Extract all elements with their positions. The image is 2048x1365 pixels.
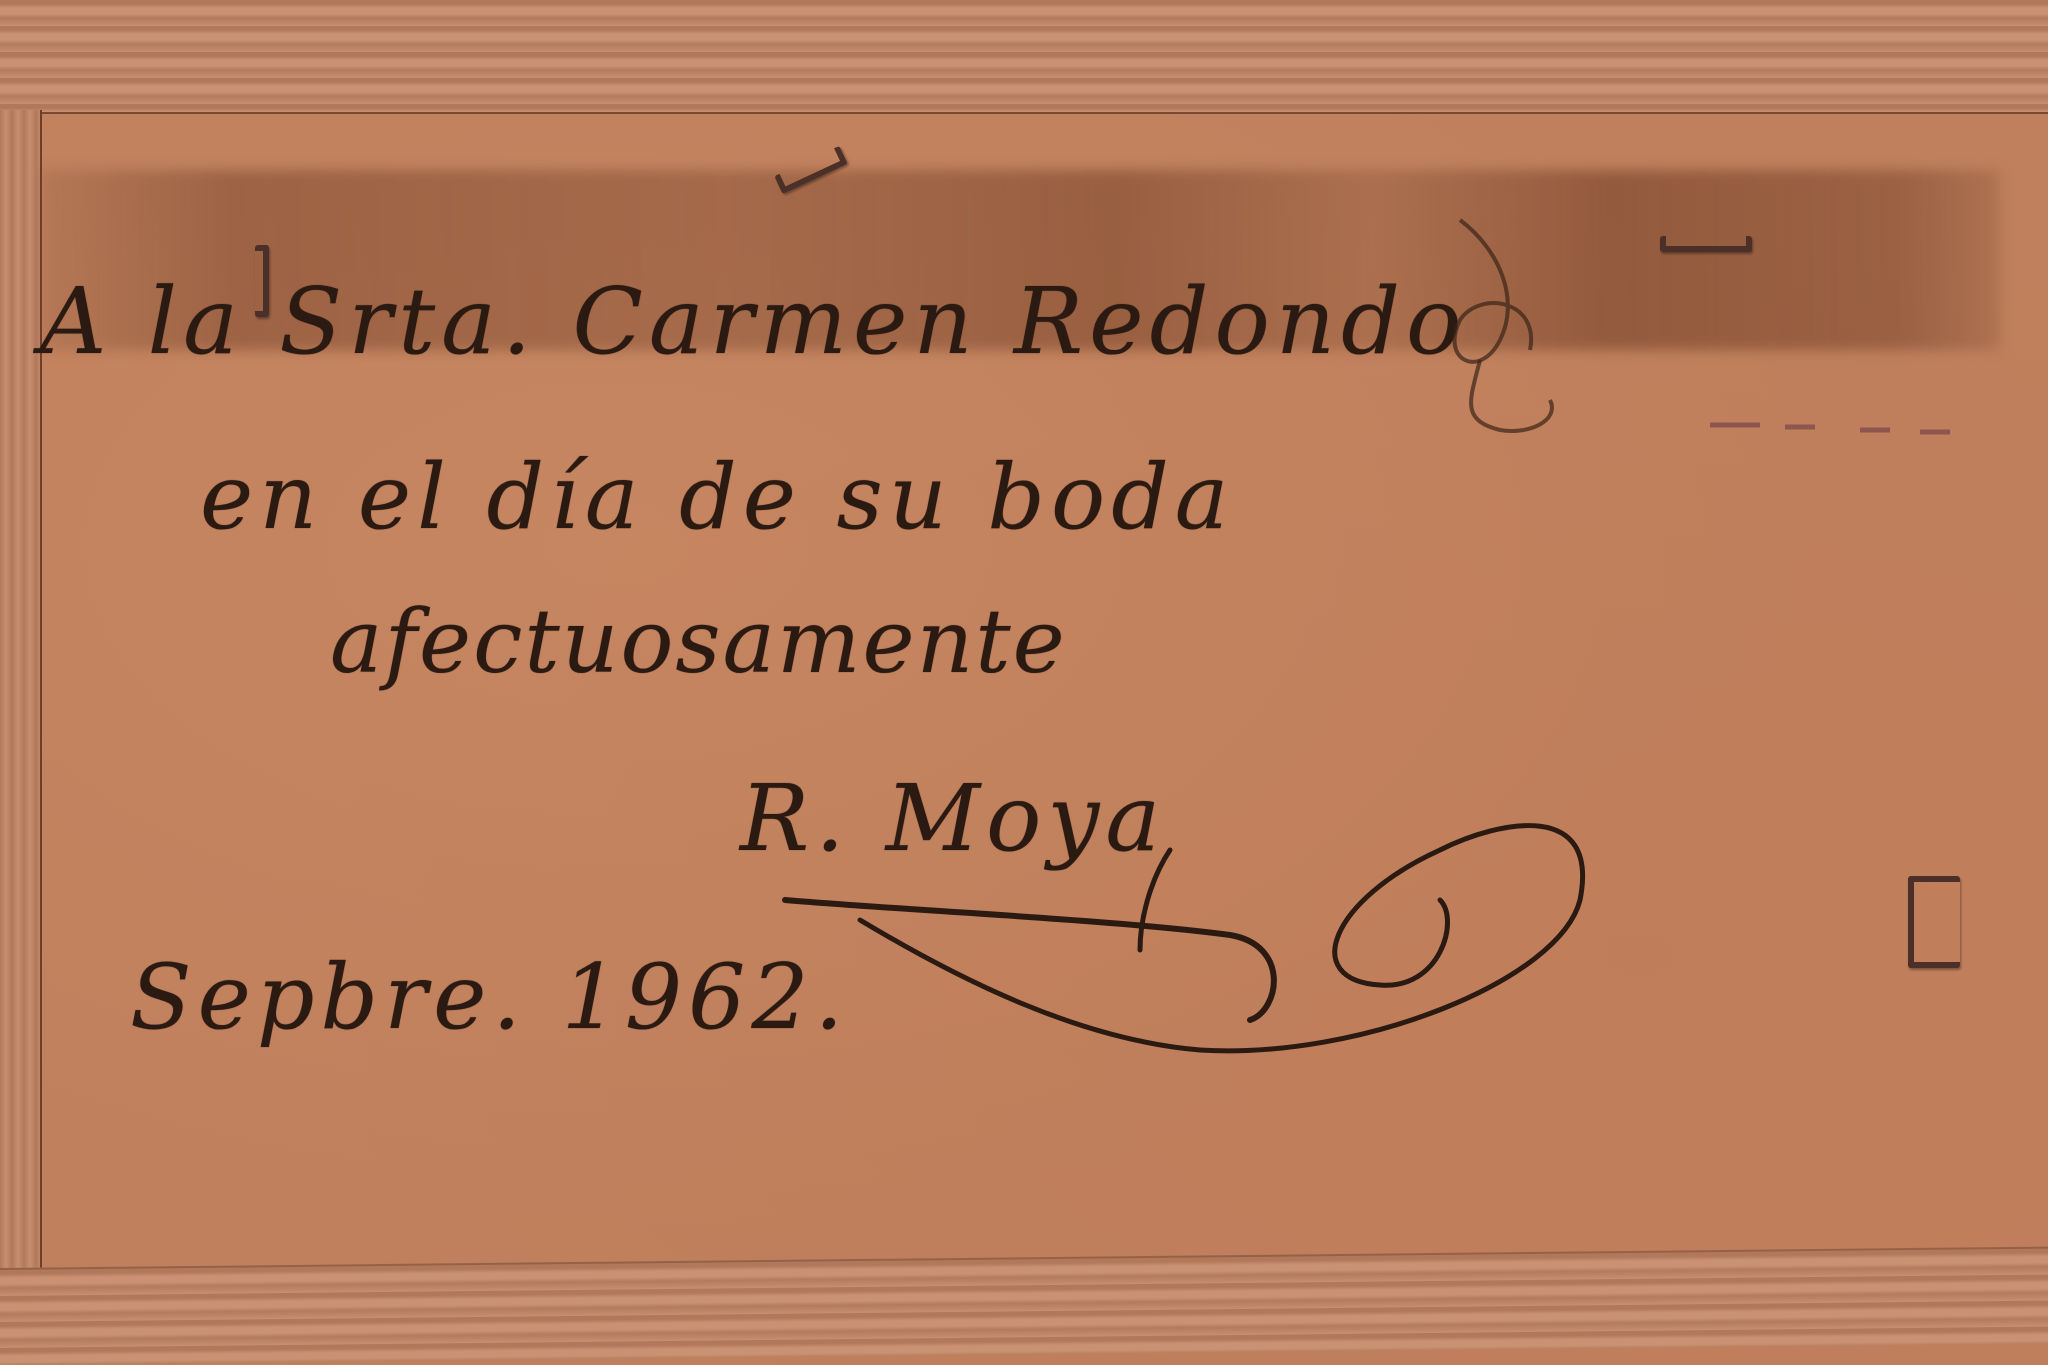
- staple-icon: [1908, 876, 1960, 968]
- cardboard-backing: A la Srta. Carmen Redondo en el día de s…: [0, 0, 2048, 1365]
- dedication-line-1: A la Srta. Carmen Redondo: [40, 268, 1467, 375]
- dedication-line-2: en el día de su boda: [200, 445, 1234, 550]
- corrugated-top-edge: [0, 0, 2048, 114]
- date-line: Sepbre. 1962.: [130, 945, 849, 1050]
- corrugated-left-edge: [0, 110, 42, 1310]
- signature: R. Moya: [740, 765, 1166, 872]
- staple-icon: [1660, 236, 1752, 252]
- corrugated-bottom-edge: [0, 1247, 2048, 1365]
- dedication-line-3: afectuosamente: [330, 590, 1067, 693]
